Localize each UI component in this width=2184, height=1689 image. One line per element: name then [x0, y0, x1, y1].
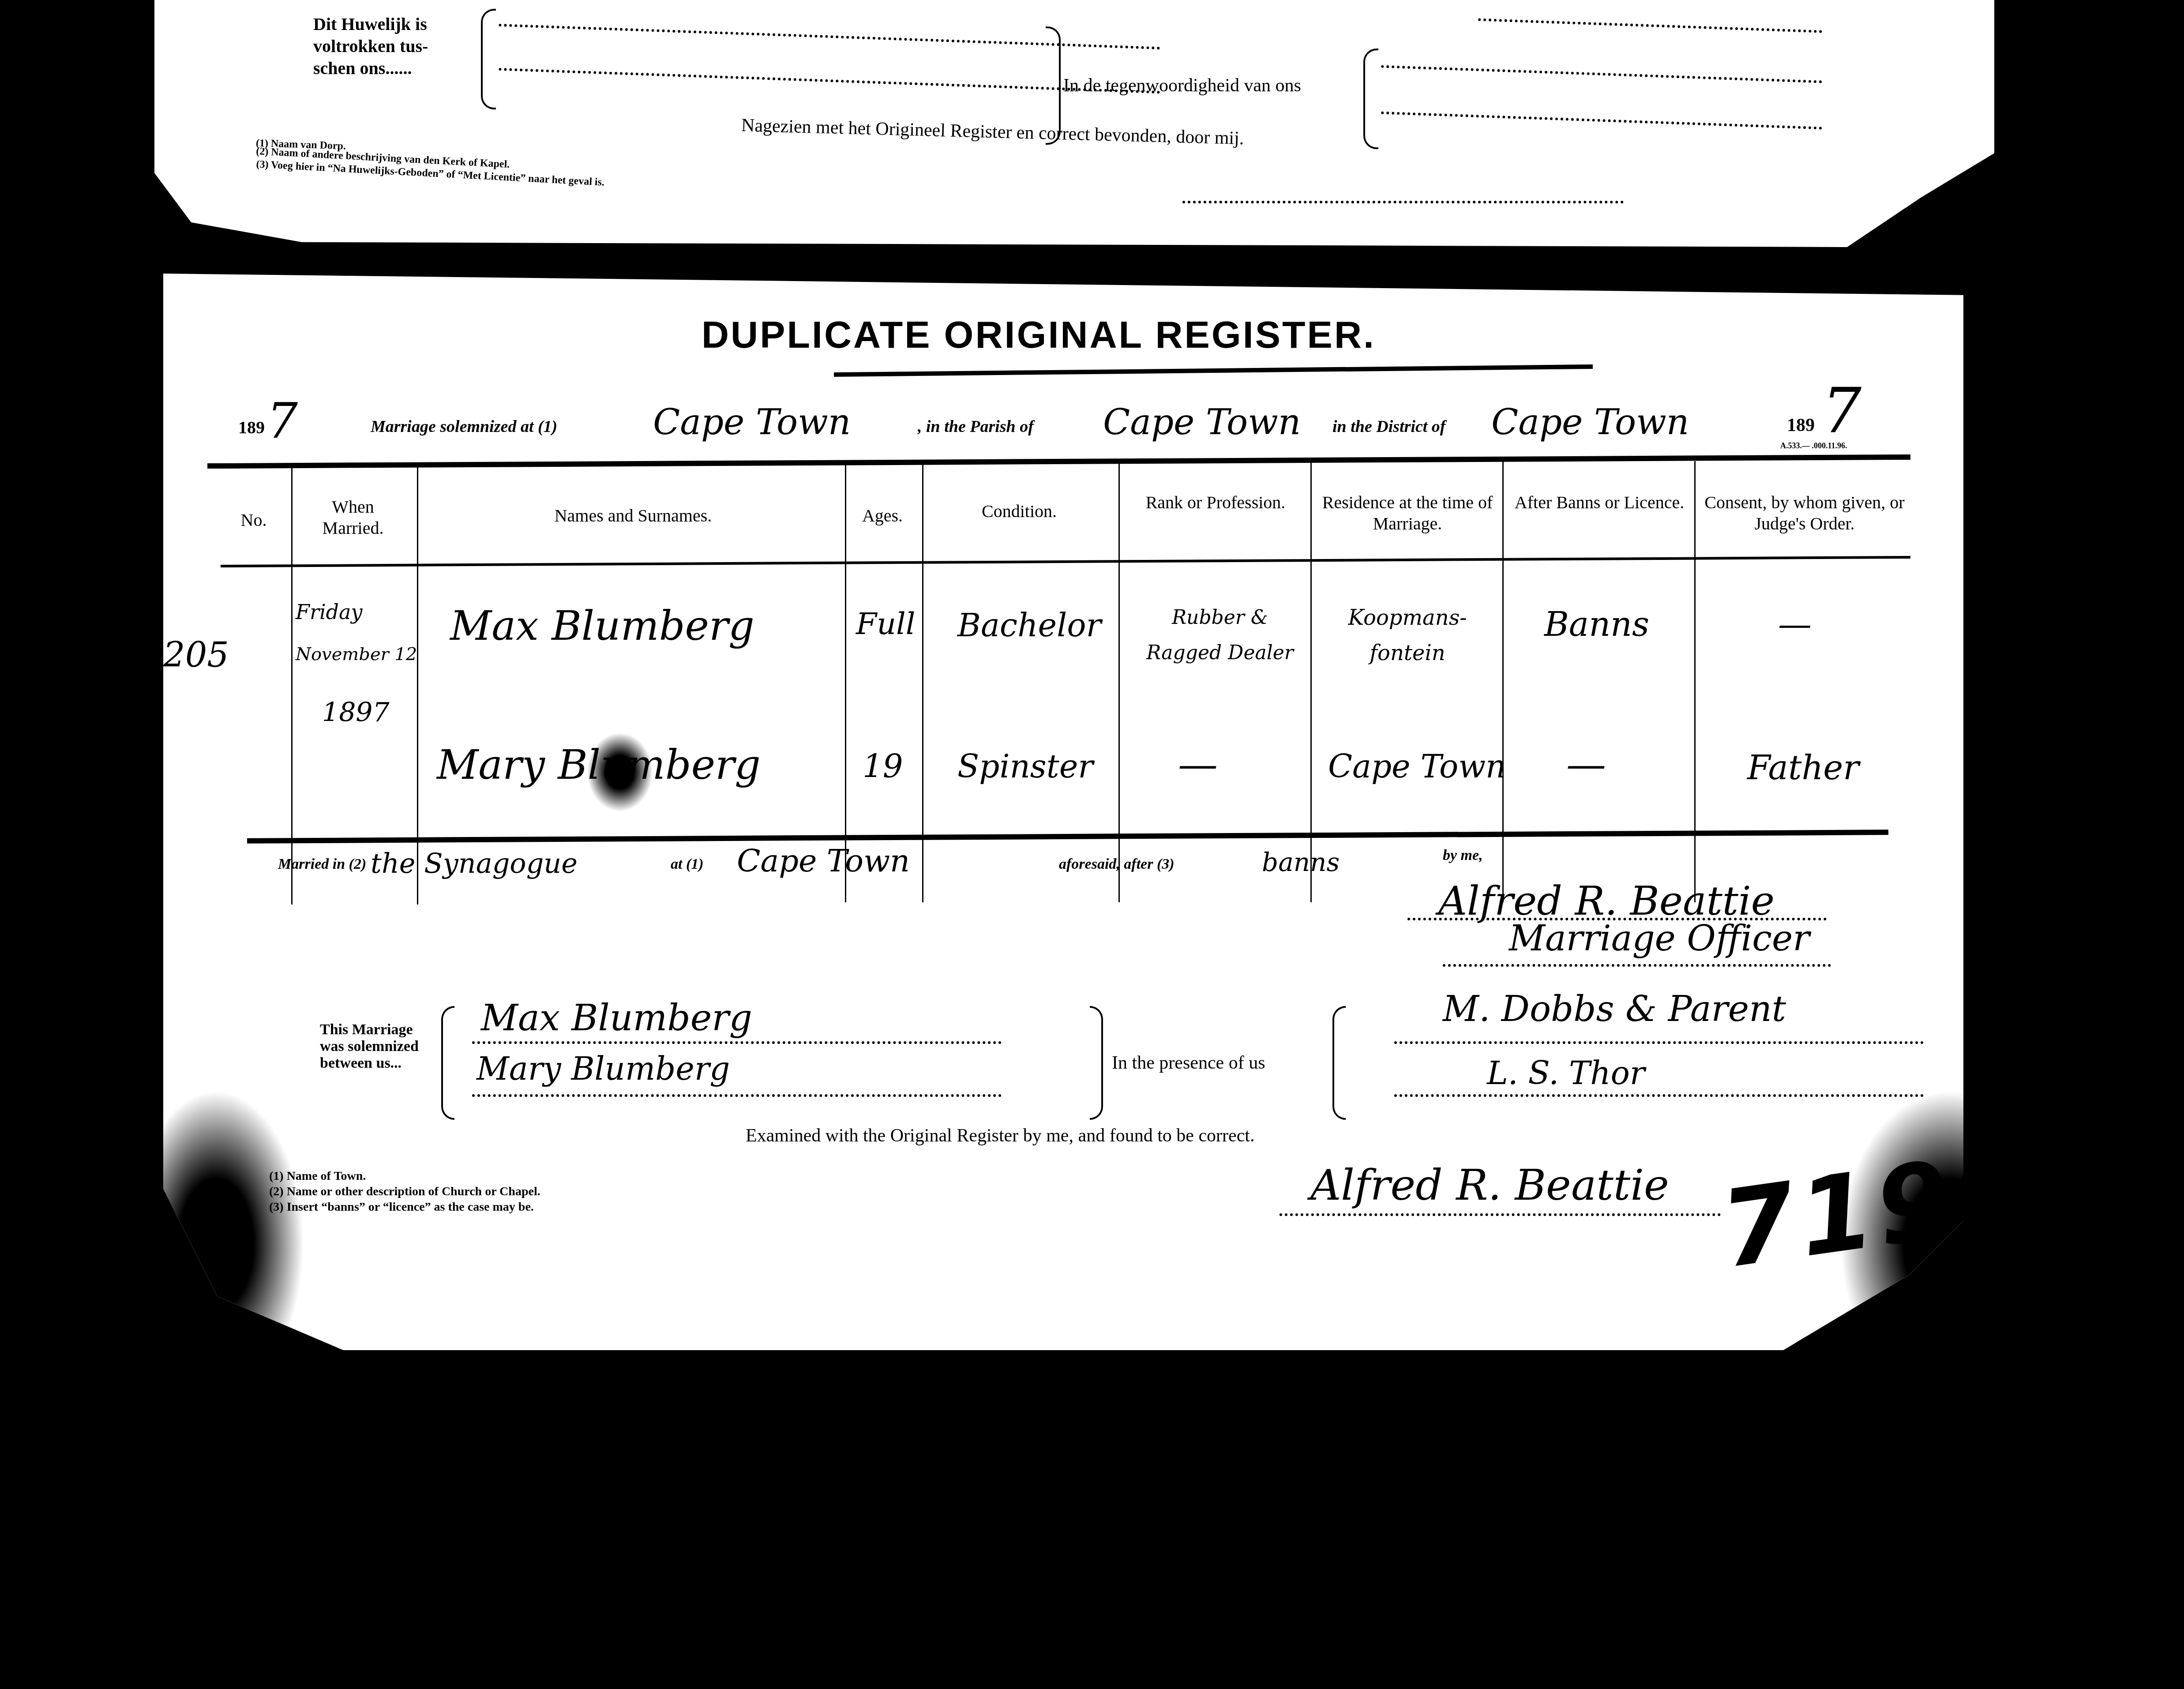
groom-signature-line [472, 1041, 1002, 1044]
groom-name: Max Blumberg [450, 602, 754, 649]
bride-consent: Father [1747, 748, 1859, 787]
column-header-no: No. [221, 510, 287, 531]
district-label: in the District of [1332, 417, 1446, 436]
bride-condition: Spinster [957, 748, 1093, 785]
entry-number: 205 [163, 635, 229, 675]
column-header-banns-licence: After Banns or Licence. [1509, 492, 1690, 513]
label-line: between us... [320, 1055, 419, 1072]
witness-line-1 [1478, 18, 1822, 33]
aforesaid-label: aforesaid, after (3) [1059, 856, 1175, 873]
year-handwritten: 7 [267, 393, 298, 449]
married-in-label: Married in (2) [278, 856, 366, 873]
at-label: at (1) [671, 856, 704, 873]
groom-profession: Rubber & Ragged Dealer [1134, 600, 1306, 671]
groom-signature: Max Blumberg [481, 997, 752, 1039]
witness-line-1 [1394, 1041, 1924, 1044]
witness-brace [1363, 49, 1378, 149]
groom-banns: Banns [1544, 604, 1649, 644]
edge-shadow [128, 1090, 304, 1399]
couple-label-line: voltrokken tus- [313, 35, 428, 57]
parish-value: Cape Town [1103, 402, 1301, 443]
bride-banns: — [1566, 741, 1606, 788]
parties-brace [441, 1006, 454, 1120]
officer-title: Marriage Officer [1509, 918, 1810, 959]
presence-label: In the presence of us [1112, 1052, 1265, 1073]
witness-line-2 [1381, 65, 1822, 83]
couple-signature-line-1 [499, 24, 1160, 49]
bride-profession: — [1178, 741, 1218, 788]
couple-label: Dit Huwelijk is voltrokken tus- schen on… [313, 13, 428, 79]
column-header-names: Names and Surnames. [428, 505, 838, 526]
solemnized-label: Marriage solemnized at (1) [371, 417, 557, 436]
column-header-residence: Residence at the time of Marriage. [1315, 492, 1500, 534]
witness-signature-1: M. Dobbs & Parent [1443, 988, 1786, 1029]
form-code: A.533.— .000.11.96. [1780, 441, 1847, 450]
married-in-value: the Synagogue [371, 847, 578, 879]
examiner-signature-line [1280, 1213, 1721, 1216]
couple-signature-line-2 [499, 68, 1160, 94]
examiner-signature: Alfred R. Beattie [1310, 1160, 1669, 1210]
title-underline [834, 364, 1593, 377]
verifier-signature-line [1182, 201, 1624, 203]
by-me-label: by me, [1443, 847, 1483, 864]
witnesses-brace-right [1332, 1006, 1346, 1120]
district-value: Cape Town [1491, 402, 1689, 443]
bride-signature: Mary Blumberg [477, 1050, 730, 1087]
upper-register-fragment: Dit Huwelijk is voltrokken tus- schen on… [154, 0, 1994, 247]
table-top-rule [207, 454, 1910, 469]
aforesaid-value: banns [1262, 847, 1340, 877]
label-line: This Marriage [320, 1021, 419, 1038]
year-suffix-handwritten: 7 [1822, 375, 1861, 447]
at-value: Cape Town [737, 843, 910, 879]
solemnized-place: Cape Town [653, 402, 851, 443]
when-married-year: 1897 [322, 697, 390, 728]
label-line: was solemnized [320, 1038, 419, 1055]
edge-shadow [1840, 1090, 2060, 1399]
column-header-condition: Condition. [931, 501, 1107, 522]
year-prefix: 189 [238, 417, 265, 438]
column-header-profession: Rank or Profession. [1130, 492, 1302, 513]
couple-label-line: Dit Huwelijk is [313, 13, 428, 35]
witness-signature-2: L. S. Thor [1487, 1055, 1645, 1092]
groom-age: Full [856, 607, 915, 642]
duplicate-original-register: DUPLICATE ORIGINAL REGISTER. 189 7 Marri… [163, 274, 1963, 1350]
groom-condition: Bachelor [957, 607, 1101, 644]
bride-age: 19 [863, 748, 903, 785]
when-married-day: Friday [296, 600, 362, 624]
column-header-consent: Consent, by whom given, or Judge's Order… [1699, 492, 1910, 534]
examined-statement: Examined with the Original Register by m… [746, 1125, 1255, 1146]
groom-consent: — [1778, 604, 1812, 644]
table-bottom-rule [247, 829, 1888, 843]
column-divider [1694, 461, 1696, 902]
presence-label: In de tegenwoordigheid van ons [1063, 75, 1301, 96]
verification-statement: Nagezien met het Origineel Register en c… [741, 115, 1244, 149]
witnesses-brace-left [1090, 1006, 1103, 1120]
column-header-ages: Ages. [849, 505, 916, 526]
bride-residence: Cape Town [1328, 748, 1506, 785]
witness-line-3 [1381, 112, 1822, 130]
when-married-date: November 12 [296, 644, 417, 664]
ink-blot [587, 732, 653, 812]
column-header-when-married: When Married. [304, 496, 402, 539]
bride-signature-line [472, 1094, 1002, 1097]
page-title: DUPLICATE ORIGINAL REGISTER. [702, 313, 1376, 357]
parish-label: , in the Parish of [918, 417, 1034, 436]
couple-label-line: schen ons...... [313, 57, 428, 79]
officer-title-line [1443, 964, 1831, 967]
year-suffix-prefix: 189 [1787, 415, 1815, 436]
groom-residence: Koopmans-fontein [1319, 600, 1496, 671]
footnote: (2) Name or other description of Church … [269, 1185, 540, 1199]
solemnized-between-label: This Marriage was solemnized between us.… [320, 1021, 419, 1072]
header-bottom-rule [221, 556, 1910, 567]
left-brace [481, 9, 496, 109]
footnote: (3) Insert “banns” or “licence” as the c… [269, 1200, 534, 1214]
